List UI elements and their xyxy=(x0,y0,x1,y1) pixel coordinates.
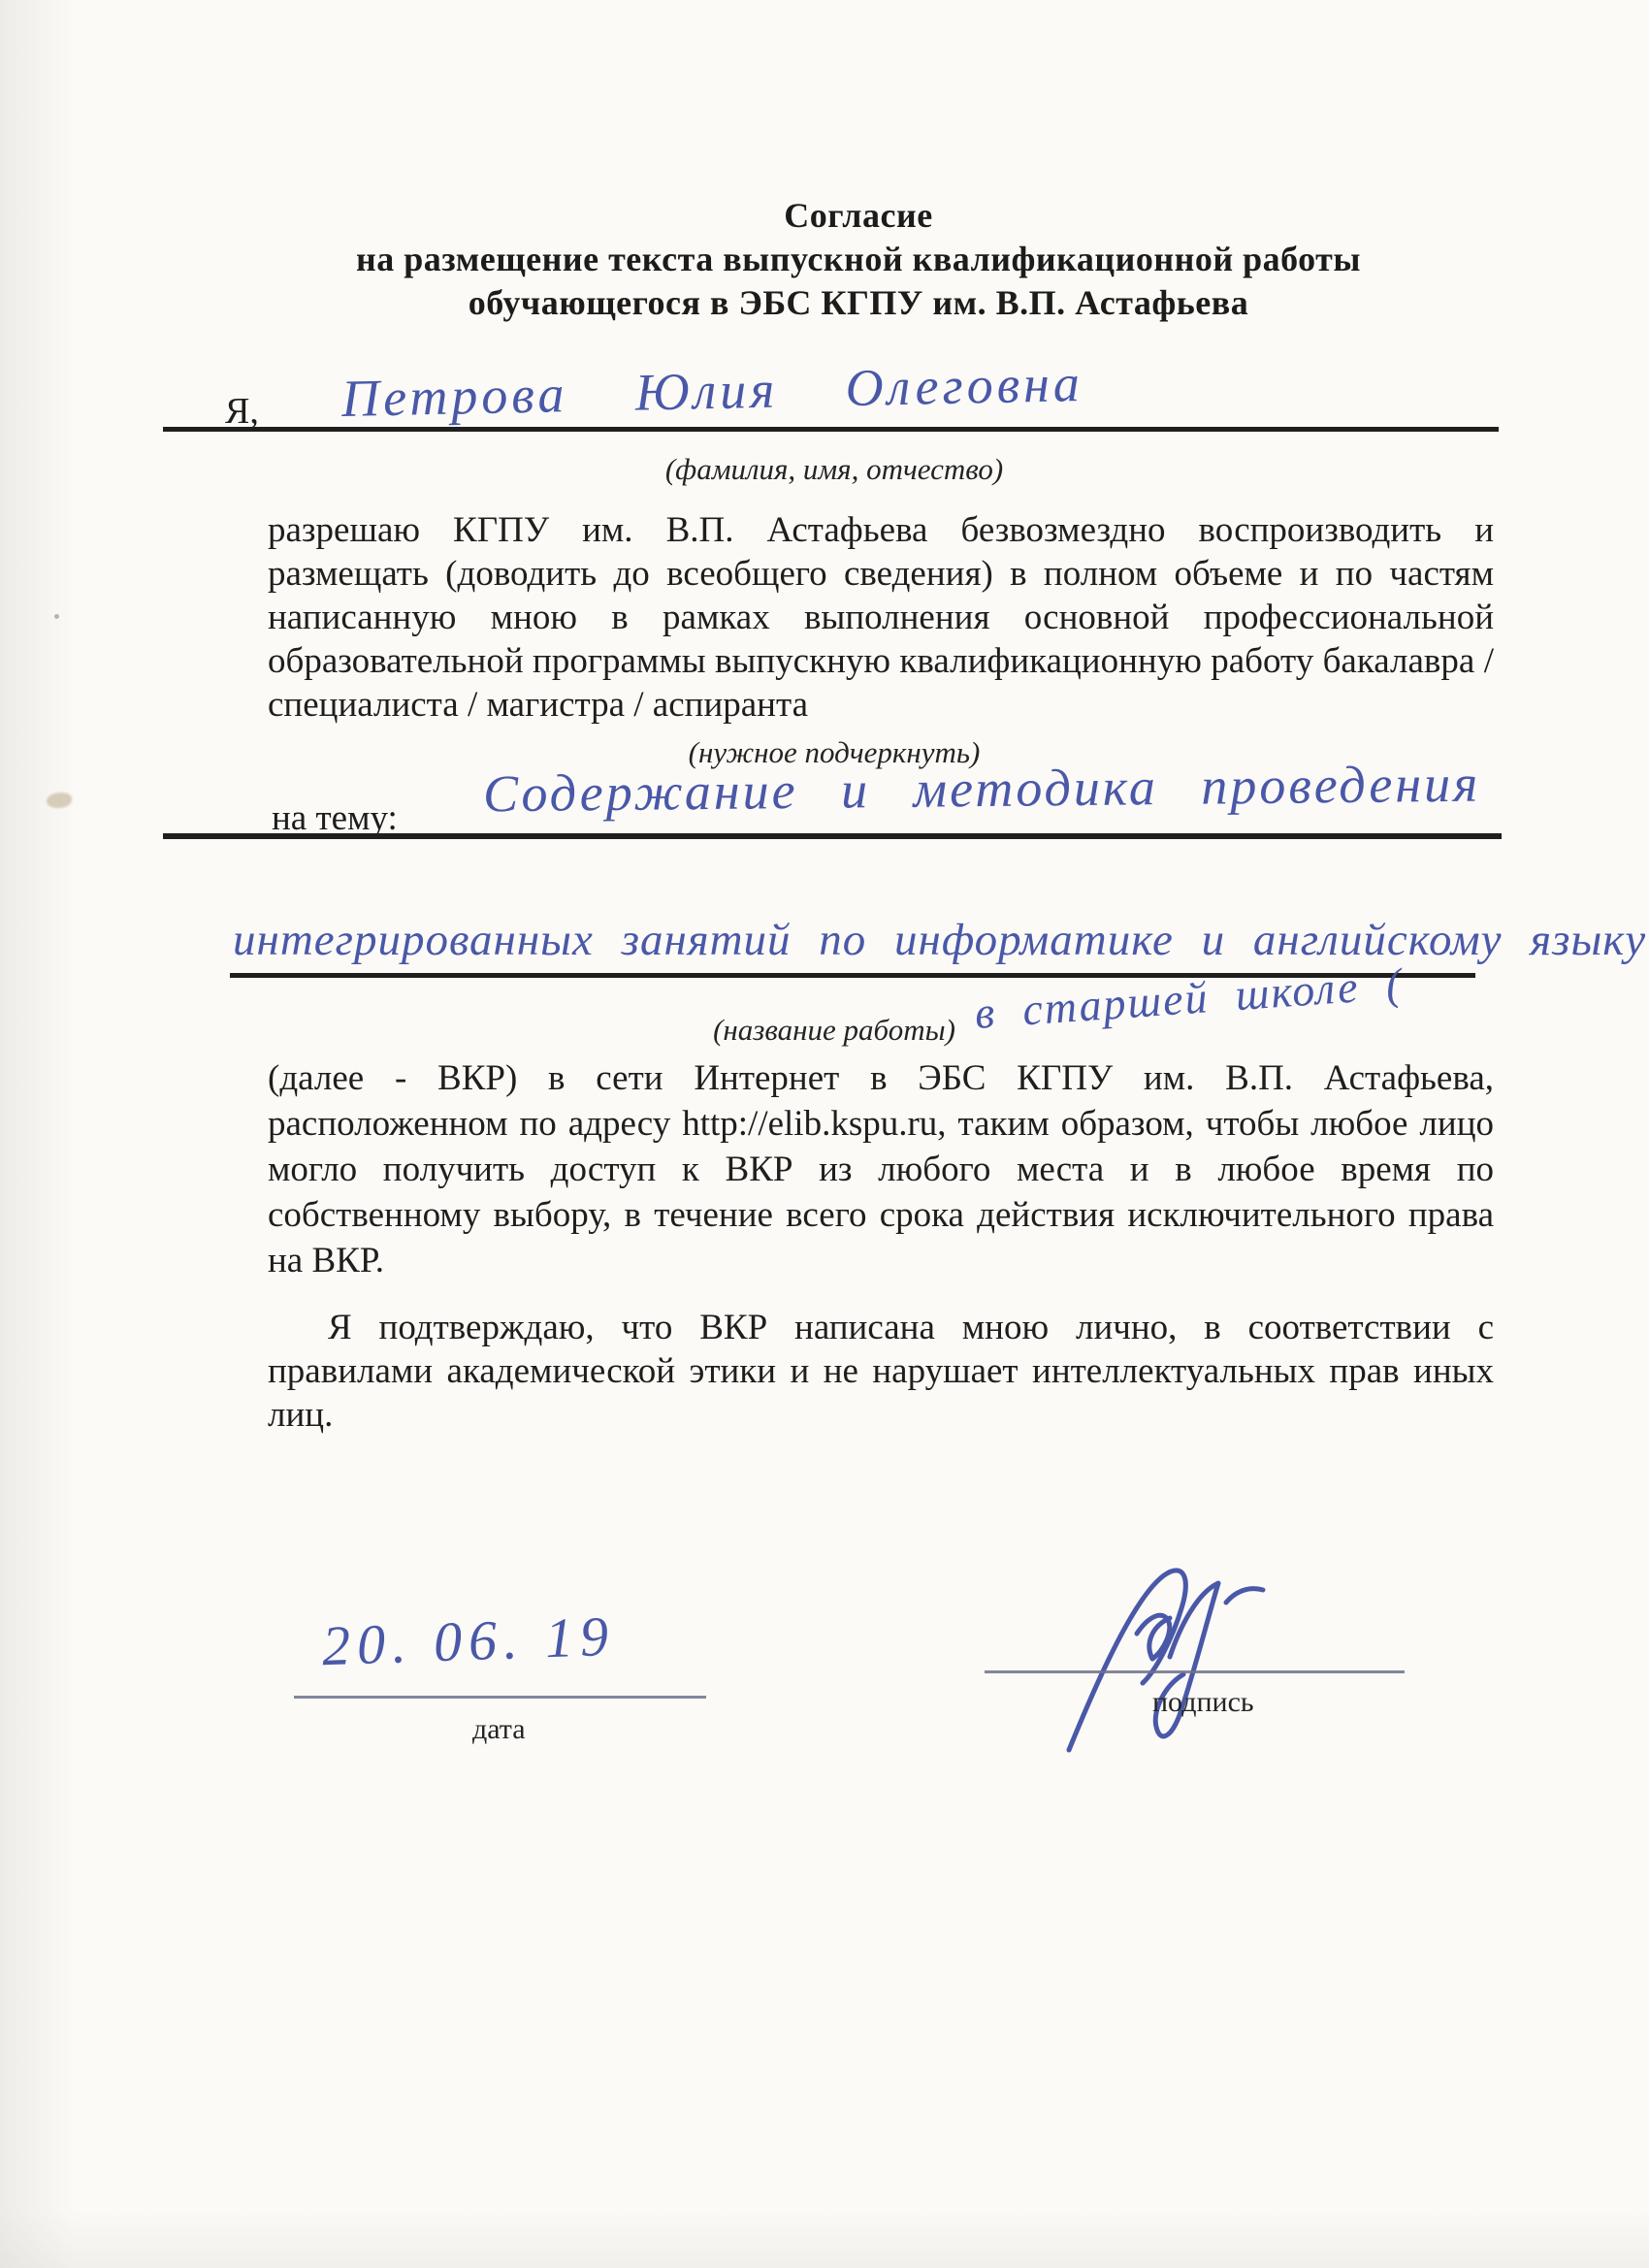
title-line-1: Согласие xyxy=(223,194,1494,238)
name-caption: (фамилия, имя, отчество) xyxy=(272,452,1397,487)
permission-paragraph: разрешаю КГПУ им. В.П. Астафьева безвозм… xyxy=(268,508,1494,727)
topic-underline-1 xyxy=(163,833,1502,839)
handwritten-name: Петрова Юлия Олеговна xyxy=(340,353,1083,429)
ebs-paragraph: (далее - ВКР) в сети Интернет в ЭБС КГПУ… xyxy=(268,1055,1494,1283)
signature-line xyxy=(985,1670,1405,1673)
scan-speck xyxy=(54,614,59,619)
handwritten-date: 20. 06. 19 xyxy=(321,1604,616,1678)
title-line-3: обучающегося в ЭБС КГПУ им. В.П. Астафье… xyxy=(223,281,1494,325)
handwritten-topic-line2: интегрированных занятий по информатике и… xyxy=(233,914,1646,966)
confirmation-paragraph: Я подтверждаю, что ВКР написана мною лич… xyxy=(268,1306,1494,1437)
signature-icon xyxy=(1055,1560,1288,1764)
name-underline xyxy=(163,427,1499,432)
scan-edge-shading-bottom xyxy=(0,2210,1649,2268)
handwritten-topic-line1: Содержание и методика проведения xyxy=(483,754,1481,825)
title-line-2: на размещение текста выпускной квалифика… xyxy=(223,238,1494,281)
signature-caption: подпись xyxy=(1152,1686,1254,1719)
scan-edge-shading xyxy=(0,0,76,2268)
scanned-consent-document: Согласие на размещение текста выпускной … xyxy=(0,0,1649,2268)
date-caption: дата xyxy=(472,1713,526,1746)
date-line xyxy=(294,1696,706,1699)
document-title: Согласие на размещение текста выпускной … xyxy=(223,194,1494,325)
